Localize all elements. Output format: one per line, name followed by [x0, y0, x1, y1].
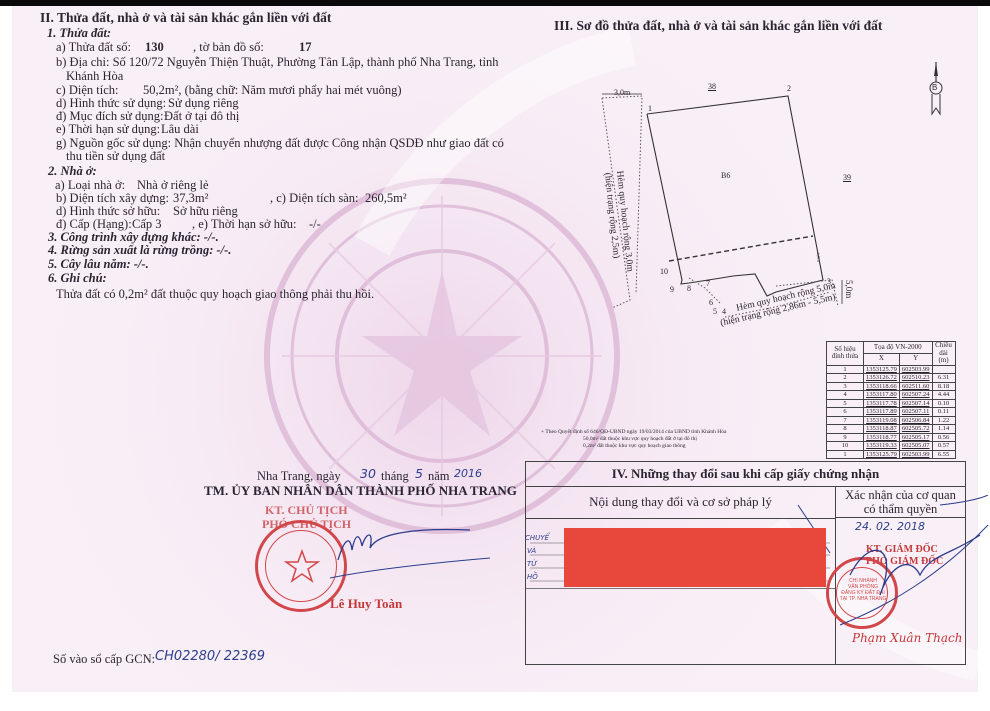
north-label: B	[932, 81, 937, 95]
other-works: 3. Công trình xây dựng khác: -/-.	[48, 230, 219, 244]
date-year: 2016	[454, 467, 482, 481]
point-1: 1	[648, 102, 652, 116]
usage-form-value: Sử dụng riêng	[168, 96, 239, 110]
point-9: 9	[670, 283, 674, 297]
coord-cell-l: 6.55	[932, 450, 955, 459]
signer-name: Lê Huy Toàn	[330, 597, 402, 611]
coordinate-row: 41353117.80602507.244.44	[827, 391, 956, 400]
point-5: 5	[713, 305, 717, 319]
coordinate-row: 81353118.87602505.721.14	[827, 425, 956, 434]
coord-cell-x: 1353117.78	[864, 399, 900, 408]
coord-cell-p: 6	[827, 408, 864, 417]
origin-line2: thu tiền sử dụng đất	[66, 149, 165, 163]
perennial-trees: 5. Cây lâu năm: -/-.	[48, 257, 149, 271]
coord-cell-p: 1	[827, 450, 864, 459]
ownership-label: d) Hình thức sở hữu:	[56, 204, 160, 218]
coord-cell-x: 1353119.08	[864, 416, 900, 425]
row-divider	[526, 588, 835, 589]
area-value: 50,2m², (bằng chữ: Năm mươi phẩy hai mét…	[143, 83, 402, 97]
point-10: 10	[660, 265, 668, 279]
coord-cell-x: 1353117.80	[864, 391, 900, 400]
coord-cell-p: 10	[827, 442, 864, 451]
coord-cell-x: 1353126.72	[864, 374, 900, 383]
coord-cell-y: 602505.07	[899, 442, 932, 451]
col-x: X	[864, 353, 900, 365]
coord-cell-y: 602503.99	[899, 365, 932, 374]
build-area-label: b) Diện tích xây dựng:	[56, 191, 169, 205]
coord-cell-x: 1353118.77	[864, 433, 900, 442]
usage-form-label: d) Hình thức sử dụng:	[56, 96, 166, 110]
parcel-number: 130	[145, 40, 164, 54]
coord-cell-p: 3	[827, 382, 864, 391]
year-label: năm	[428, 469, 450, 483]
seal-star-icon	[284, 549, 320, 585]
notes-heading: 6. Ghi chú:	[48, 271, 107, 285]
floor-area-value: 260,5m²	[365, 191, 407, 205]
address-line2: Khánh Hòa	[66, 69, 123, 83]
coord-cell-x: 1353119.33	[864, 442, 900, 451]
floor-area-label: , c) Diện tích sàn:	[270, 191, 359, 205]
parcel-label: a) Thửa đất số:	[56, 40, 131, 54]
land-heading: 1. Thửa đất:	[47, 26, 111, 40]
parcel-code: B6	[721, 169, 730, 183]
house-type-label: a) Loại nhà ở:	[55, 178, 125, 192]
footnote-line3: 0,2m² đất thuộc khu vực quy hoạch giao t…	[583, 443, 686, 449]
coord-cell-p: 1	[827, 365, 864, 374]
coord-cell-l	[932, 365, 955, 374]
coord-cell-p: 4	[827, 391, 864, 400]
coord-cell-p: 7	[827, 416, 864, 425]
term-value: Lâu dài	[161, 122, 199, 136]
coord-cell-y: 602507.11	[899, 408, 932, 417]
col-length: Chiều dài (m)	[932, 342, 955, 366]
house-heading: 2. Nhà ở:	[48, 164, 97, 178]
coord-cell-x: 1353117.89	[864, 408, 900, 417]
purpose-label: đ) Mục đích sử dụng:	[56, 109, 163, 123]
coordinate-row: 51353117.78602507.140.10	[827, 399, 956, 408]
address-line1: b) Địa chỉ: Số 120/72 Nguyễn Thiện Thuật…	[56, 55, 499, 69]
coord-cell-x: 1353118.87	[864, 425, 900, 434]
notes-text: Thửa đất có 0,2m² đất thuộc quy hoạch gi…	[56, 287, 374, 301]
coordinate-row: 11353125.79602503.99	[827, 365, 956, 374]
coord-cell-l: 4.44	[932, 391, 955, 400]
coord-cell-y: 602510.23	[899, 374, 932, 383]
coord-cell-y: 602503.99	[899, 450, 932, 459]
coord-cell-l: 8.18	[932, 382, 955, 391]
coord-cell-l: 1.22	[932, 416, 955, 425]
registry-number: CH02280/ 22369	[155, 650, 265, 664]
coord-cell-x: 1353125.79	[864, 365, 900, 374]
month-label: tháng	[381, 469, 409, 483]
col-y: Y	[899, 353, 932, 365]
house-type-value: Nhà ở riêng lẻ	[137, 178, 209, 192]
small-dim: 2,0m	[810, 252, 824, 262]
grade-label: đ) Cấp (Hạng):	[56, 217, 132, 231]
col-coords: Tọa độ VN-2000	[864, 342, 933, 354]
coord-cell-x: 1353125.79	[864, 450, 900, 459]
coord-cell-p: 8	[827, 425, 864, 434]
neighbor-39: 39	[843, 171, 851, 185]
confirm-signature-scribble-icon	[830, 495, 990, 635]
coordinate-row: 11353125.79602503.996.55	[827, 450, 956, 459]
coord-cell-l: 0.57	[932, 442, 955, 451]
coord-cell-p: 5	[827, 399, 864, 408]
signer-role1: KT. CHỦ TỊCH	[265, 503, 348, 517]
origin-line1: g) Nguồn gốc sử dụng: Nhận chuyển nhượng…	[56, 136, 504, 150]
own-term-label: , e) Thời hạn sở hữu:	[192, 217, 296, 231]
coordinate-table: Số hiệu đỉnh thửa Tọa độ VN-2000 Chiều d…	[826, 341, 956, 459]
coord-cell-l: 0.11	[932, 408, 955, 417]
build-area-value: 37,3m²	[173, 191, 208, 205]
coord-cell-l: 0.10	[932, 399, 955, 408]
coord-cell-y: 602507.24	[899, 391, 932, 400]
col-point: Số hiệu đỉnh thửa	[827, 342, 864, 366]
point-2: 2	[787, 82, 791, 96]
coord-cell-x: 1353118.66	[864, 382, 900, 391]
left-width-dim: 3,0m	[614, 86, 630, 100]
coord-cell-p: 2	[827, 374, 864, 383]
coord-cell-y: 602505.72	[899, 425, 932, 434]
date-prefix: Nha Trang, ngày	[257, 469, 341, 483]
coordinate-row: 101353119.33602505.070.57	[827, 442, 956, 451]
coordinate-row: 91353118.77602505.170.56	[827, 433, 956, 442]
coord-cell-y: 602506.84	[899, 416, 932, 425]
section3-title: III. Sơ đồ thửa đất, nhà ở và tài sản kh…	[554, 19, 882, 33]
point-6: 6	[709, 296, 713, 310]
coord-cell-y: 602507.14	[899, 399, 932, 408]
confirm-signer: Phạm Xuân Thạch	[852, 631, 962, 645]
own-term-value: -/-	[309, 217, 321, 231]
term-label: e) Thời hạn sử dụng:	[56, 122, 160, 136]
coord-cell-l: 0.56	[932, 433, 955, 442]
issuing-authority: TM. ỦY BAN NHÂN DÂN THÀNH PHỐ NHA TRANG	[204, 484, 517, 498]
coord-cell-p: 9	[827, 433, 864, 442]
footnote-line2: 50,0m² đất thuộc khu vực quy hoạch đất ở…	[583, 436, 697, 442]
ownership-value: Sở hữu riêng	[173, 204, 238, 218]
date-day: 30	[360, 467, 376, 481]
coordinate-row: 21353126.72602510.236.31	[827, 374, 956, 383]
purpose-value: Đất ở tại đô thị	[164, 109, 239, 123]
grade-value: Cấp 3	[132, 217, 162, 231]
point-8: 8	[687, 282, 691, 296]
date-month: 5	[415, 467, 423, 481]
coordinate-row: 31353118.66602511.608.18	[827, 382, 956, 391]
signature-scribble-icon	[330, 520, 500, 580]
neighbor-38: 38	[708, 80, 716, 94]
coord-cell-y: 602511.60	[899, 382, 932, 391]
section2-title: II. Thửa đất, nhà ở và tài sản khác gắn …	[40, 11, 331, 25]
map-label: , tờ bản đồ số:	[193, 40, 264, 54]
map-number: 17	[299, 40, 312, 54]
coord-cell-l: 6.31	[932, 374, 955, 383]
footnote-line1: + Theo Quyết định số 646/QĐ-UBND ngày 19…	[541, 429, 726, 435]
coord-cell-l: 1.14	[932, 425, 955, 434]
production-forest: 4. Rừng sản xuất là rừng trồng: -/-.	[48, 243, 231, 257]
coordinate-row: 71353119.08602506.841.22	[827, 416, 956, 425]
area-label: c) Diện tích:	[56, 83, 118, 97]
right-width-dim: 5,0m	[842, 280, 856, 298]
point-7: 7	[706, 277, 710, 291]
registry-label: Số vào sổ cấp GCN:	[53, 652, 155, 666]
coord-cell-y: 602505.17	[899, 433, 932, 442]
coordinate-row: 61353117.89602507.110.11	[827, 408, 956, 417]
redaction-block	[564, 528, 826, 587]
